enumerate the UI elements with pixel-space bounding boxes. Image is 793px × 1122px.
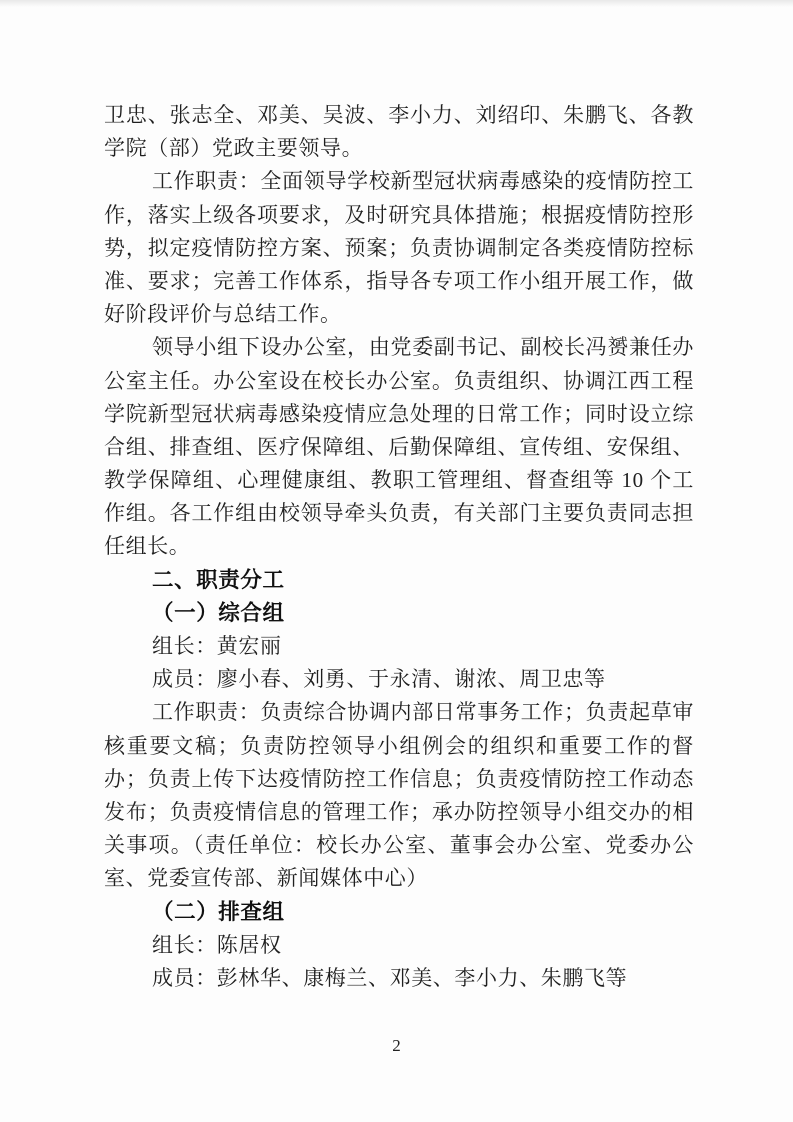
body-line: 工作职责：全面领导学校新型冠状病毒感染的疫情防控工 [104,165,694,198]
body-line: 作，落实上级各项要求，及时研究具体措施；根据疫情防控形 [104,199,694,232]
group-heading: （二）排查组 [104,896,694,929]
body-line: 工作职责：负责综合协调内部日常事务工作；负责起草审 [104,696,694,729]
group-members-line: 成员：廖小春、刘勇、于永清、谢浓、周卫忠等 [104,663,694,696]
body-line: 室、党委宣传部、新闻媒体中心） [104,862,694,895]
body-line: 学院新型冠状病毒感染疫情应急处理的日常工作；同时设立综 [104,398,694,431]
body-line: 领导小组下设办公室，由党委副书记、副校长冯赟兼任办 [104,331,694,364]
document-body: 卫忠、张志全、邓美、吴波、李小力、刘绍印、朱鹏飞、各教 学院（部）党政主要领导。… [104,99,694,995]
body-line: 准、要求；完善工作体系，指导各专项工作小组开展工作，做 [104,265,694,298]
body-line: 教学保障组、心理健康组、教职工管理组、督查组等 10 个工 [104,464,694,497]
group-members-line: 成员：彭林华、康梅兰、邓美、李小力、朱鹏飞等 [104,962,694,995]
body-line: 办；负责上传下达疫情防控工作信息；负责疫情防控工作动态 [104,763,694,796]
section-heading: 二、职责分工 [104,564,694,597]
body-line: 合组、排查组、医疗保障组、后勤保障组、宣传组、安保组、 [104,431,694,464]
group-leader-line: 组长：黄宏丽 [104,630,694,663]
page-number: 2 [0,1035,793,1057]
body-line: 学院（部）党政主要领导。 [104,132,694,165]
body-line: 核重要文稿；负责防控领导小组例会的组织和重要工作的督 [104,730,694,763]
body-line: 发布；负责疫情信息的管理工作；承办防控领导小组交办的相 [104,796,694,829]
group-heading: （一）综合组 [104,597,694,630]
document-page: 卫忠、张志全、邓美、吴波、李小力、刘绍印、朱鹏飞、各教 学院（部）党政主要领导。… [0,0,793,1122]
body-line: 势，拟定疫情防控方案、预案；负责协调制定各类疫情防控标 [104,232,694,265]
body-line: 卫忠、张志全、邓美、吴波、李小力、刘绍印、朱鹏飞、各教 [104,99,694,132]
page-top-edge [0,0,793,7]
body-line: 作组。各工作组由校领导牵头负责，有关部门主要负责同志担 [104,497,694,530]
body-line: 关事项。（责任单位：校长办公室、董事会办公室、党委办公 [104,829,694,862]
group-leader-line: 组长：陈居权 [104,929,694,962]
body-line: 公室主任。办公室设在校长办公室。负责组织、协调江西工程 [104,365,694,398]
body-line: 任组长。 [104,530,694,563]
body-line: 好阶段评价与总结工作。 [104,298,694,331]
